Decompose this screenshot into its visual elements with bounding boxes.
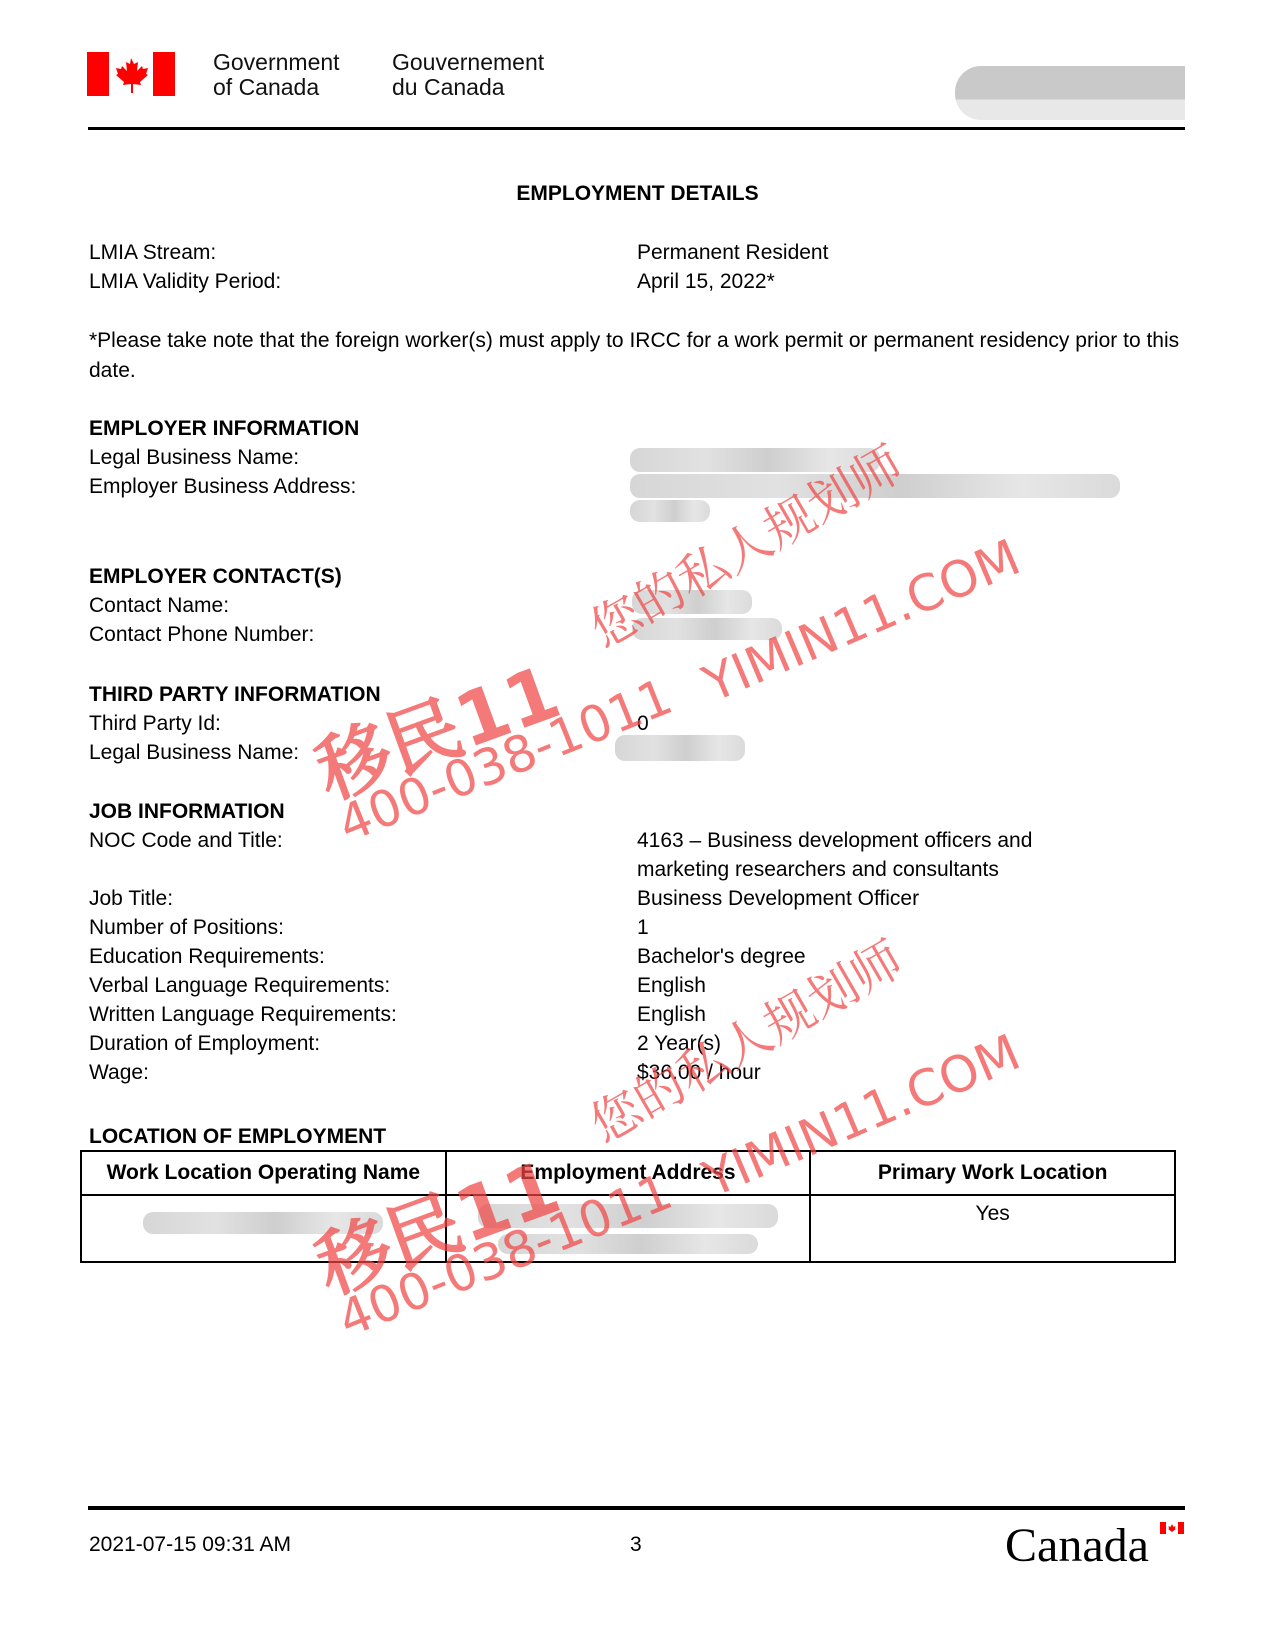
- lmia-validity-label: LMIA Validity Period:: [89, 267, 281, 296]
- redacted-operating-name: [143, 1212, 383, 1234]
- employment-address-cell: [446, 1195, 811, 1262]
- canada-wordmark-flag-icon: [1160, 1522, 1184, 1534]
- government-of-canada-fr: Gouvernement du Canada: [392, 50, 544, 100]
- job-field-value: 1: [637, 913, 649, 942]
- footer-divider: [88, 1506, 1185, 1510]
- page-title: EMPLOYMENT DETAILS: [0, 182, 1275, 206]
- job-field-label: Education Requirements:: [89, 942, 325, 971]
- redacted-contact-phone: [632, 618, 782, 640]
- third-party-id-value: 0: [637, 709, 649, 738]
- redacted-employer-address-line2: [630, 500, 710, 522]
- work-location-name-cell: [81, 1195, 446, 1262]
- redacted-address-line2: [498, 1234, 758, 1254]
- job-field-value: Business Development Officer: [637, 884, 919, 913]
- job-information-heading: JOB INFORMATION: [89, 797, 285, 826]
- redacted-third-party-name: [615, 735, 745, 761]
- job-field-value: 2 Year(s): [637, 1029, 721, 1058]
- page-number: 3: [630, 1533, 642, 1557]
- employer-contacts-heading: EMPLOYER CONTACT(S): [89, 562, 342, 591]
- location-heading: LOCATION OF EMPLOYMENT: [89, 1122, 386, 1151]
- canada-flag-icon: [87, 52, 175, 96]
- employer-address-label: Employer Business Address:: [89, 472, 356, 501]
- employer-information-heading: EMPLOYER INFORMATION: [89, 414, 359, 443]
- column-header: Employment Address: [446, 1151, 811, 1195]
- third-party-id-label: Third Party Id:: [89, 709, 221, 738]
- job-field-label: NOC Code and Title:: [89, 826, 283, 855]
- watermark-brand: 移民11: [300, 634, 572, 819]
- contact-name-label: Contact Name:: [89, 591, 229, 620]
- footer-timestamp: 2021-07-15 09:31 AM: [89, 1533, 291, 1557]
- lmia-stream-value: Permanent Resident: [637, 238, 828, 267]
- primary-work-location-cell: Yes: [810, 1195, 1175, 1262]
- canada-wordmark: Canada: [1005, 1522, 1149, 1570]
- government-of-canada-en: Government of Canada: [213, 50, 340, 100]
- job-field-label: Written Language Requirements:: [89, 1000, 397, 1029]
- contact-phone-label: Contact Phone Number:: [89, 620, 314, 649]
- redacted-legal-business-name: [630, 448, 880, 472]
- job-field-value: English: [637, 971, 706, 1000]
- header-divider: [88, 127, 1185, 130]
- redacted-reference-number: [955, 66, 1185, 120]
- job-field-label: Verbal Language Requirements:: [89, 971, 390, 1000]
- lmia-stream-label: LMIA Stream:: [89, 238, 216, 267]
- job-field-value: English: [637, 1000, 706, 1029]
- column-header: Work Location Operating Name: [81, 1151, 446, 1195]
- table-header-row: Work Location Operating Name Employment …: [81, 1151, 1175, 1195]
- job-field-label: Wage:: [89, 1058, 149, 1087]
- job-field-label: Duration of Employment:: [89, 1029, 320, 1058]
- third-party-heading: THIRD PARTY INFORMATION: [89, 680, 381, 709]
- column-header: Primary Work Location: [810, 1151, 1175, 1195]
- location-table: Work Location Operating Name Employment …: [80, 1150, 1176, 1263]
- job-field-value: 4163 – Business development officers and: [637, 826, 1032, 855]
- redacted-address-line1: [478, 1204, 778, 1228]
- job-field-label: Number of Positions:: [89, 913, 284, 942]
- ircc-note: *Please take note that the foreign worke…: [89, 326, 1189, 386]
- legal-business-name-label: Legal Business Name:: [89, 443, 299, 472]
- job-field-value: Bachelor's degree: [637, 942, 806, 971]
- redacted-contact-name: [632, 590, 752, 614]
- job-field-label: Job Title:: [89, 884, 173, 913]
- redacted-employer-address: [630, 474, 1120, 498]
- job-field-value-continued: marketing researchers and consultants: [637, 855, 999, 884]
- third-party-legal-name-label: Legal Business Name:: [89, 738, 299, 767]
- lmia-validity-value: April 15, 2022*: [637, 267, 775, 296]
- job-field-value: $36.00 / hour: [637, 1058, 761, 1087]
- table-row: Yes: [81, 1195, 1175, 1262]
